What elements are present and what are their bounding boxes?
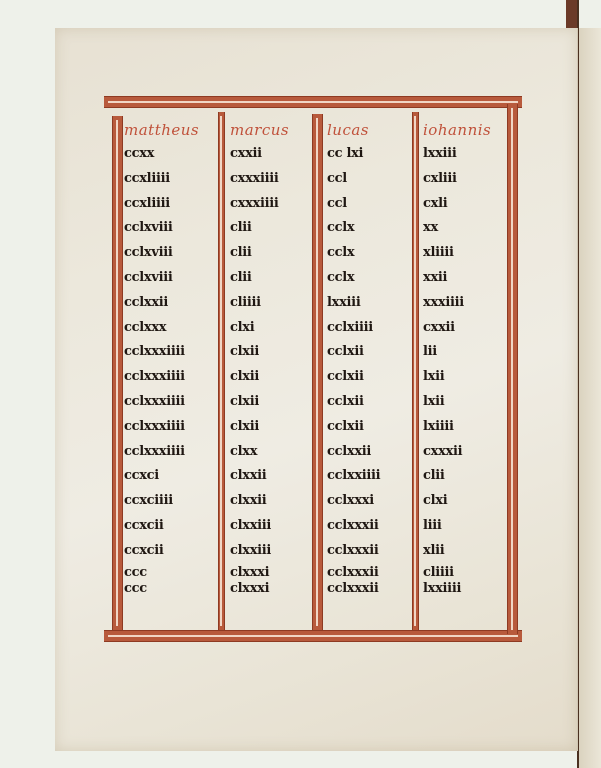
table-cell: clxii <box>230 340 289 365</box>
column-marcus: marcus cxxii cxxxiiii cxxxiiii clii clii… <box>230 118 289 596</box>
table-cell: lxxiii <box>423 142 491 167</box>
table-cell: clii <box>230 241 289 266</box>
table-cell: clxxii <box>230 464 289 489</box>
frame-bottom-bar <box>104 630 522 642</box>
table-cell: ccl <box>327 192 380 217</box>
table-cell: cclxxxii <box>327 514 380 539</box>
table-cell: cclxii <box>327 340 380 365</box>
table-cell: xlii <box>423 539 491 564</box>
frame-top-bar <box>104 96 522 108</box>
next-folio-edge <box>577 28 601 768</box>
table-cell: xliiii <box>423 241 491 266</box>
column-iohannis: iohannis lxxiii cxliii cxli xx xliiii xx… <box>423 118 491 596</box>
table-cell: clxi <box>423 489 491 514</box>
table-cell: clxxiii <box>230 514 289 539</box>
column-header: marcus <box>230 118 289 142</box>
table-cell: clii <box>230 266 289 291</box>
column-divider-1 <box>218 112 225 630</box>
table-cell: lxii <box>423 365 491 390</box>
table-cell: ccxcii <box>124 514 199 539</box>
table-cell: xxii <box>423 266 491 291</box>
table-cell: cc lxi <box>327 142 380 167</box>
table-cell: cclxxiiii <box>327 464 380 489</box>
table-cell: cclx <box>327 266 380 291</box>
table-cell: clxii <box>230 415 289 440</box>
table-cell: cxxxiiii <box>230 167 289 192</box>
table-cell: clxxiii <box>230 539 289 564</box>
table-cell: lxxiii <box>327 291 380 316</box>
table-cell: cclxxxii <box>327 564 380 582</box>
table-cell: clxii <box>230 365 289 390</box>
table-cell: cclx <box>327 241 380 266</box>
table-cell: clii <box>423 464 491 489</box>
table-cell: cclxxxi <box>327 489 380 514</box>
table-cell: lxii <box>423 390 491 415</box>
table-cell: ccxx <box>124 142 199 167</box>
column-header: mattheus <box>124 118 199 142</box>
table-cell: cliiii <box>230 291 289 316</box>
table-cell: clxxxi <box>230 564 289 582</box>
table-cell: xx <box>423 216 491 241</box>
table-cell: clii <box>230 216 289 241</box>
table-cell: cclxviii <box>124 241 199 266</box>
table-cell: lxiiii <box>423 415 491 440</box>
column-header: lucas <box>327 118 380 142</box>
column-lucas: lucas cc lxi ccl ccl cclx cclx cclx lxxi… <box>327 118 380 596</box>
table-cell: cclxxxiiii <box>124 415 199 440</box>
table-cell: cclxiiii <box>327 316 380 341</box>
column-divider-2 <box>312 114 323 630</box>
table-cell: cclxxxiiii <box>124 390 199 415</box>
table-cell: cclxii <box>327 365 380 390</box>
table-cell: clxi <box>230 316 289 341</box>
table-cell: cxxxii <box>423 440 491 465</box>
table-cell: ccxliiii <box>124 167 199 192</box>
table-cell: lii <box>423 340 491 365</box>
table-cell: ccxliiii <box>124 192 199 217</box>
table-cell: ccl <box>327 167 380 192</box>
table-cell: lxxiiii <box>423 582 491 596</box>
table-cell: cxxii <box>230 142 289 167</box>
column-mattheus: mattheus ccxx ccxliiii ccxliiii cclxviii… <box>124 118 199 596</box>
binding-strip <box>566 0 577 28</box>
table-cell: cxxxiiii <box>230 192 289 217</box>
table-cell: ccxciiii <box>124 489 199 514</box>
table-cell: clxxxi <box>230 582 289 596</box>
table-cell: ccc <box>124 582 199 596</box>
table-cell: cclxxxiiii <box>124 440 199 465</box>
frame-right-bar <box>507 104 518 634</box>
column-divider-3 <box>412 112 419 630</box>
table-cell: ccxci <box>124 464 199 489</box>
table-cell: cclxxii <box>327 440 380 465</box>
table-cell: clxxii <box>230 489 289 514</box>
table-cell: cclxii <box>327 390 380 415</box>
table-cell: liii <box>423 514 491 539</box>
table-cell: ccxcii <box>124 539 199 564</box>
column-header: iohannis <box>423 118 491 142</box>
table-cell: cclx <box>327 216 380 241</box>
table-cell: cclxviii <box>124 266 199 291</box>
table-cell: cxli <box>423 192 491 217</box>
table-cell: cxxii <box>423 316 491 341</box>
frame-left-bar <box>112 116 123 630</box>
table-cell: cclxxii <box>124 291 199 316</box>
table-cell: cxliii <box>423 167 491 192</box>
table-cell: cclxxxii <box>327 582 380 596</box>
table-cell: cclxxxiiii <box>124 365 199 390</box>
table-cell: xxxiiii <box>423 291 491 316</box>
table-cell: cclxxxiiii <box>124 340 199 365</box>
table-cell: cliiii <box>423 564 491 582</box>
table-cell: ccc <box>124 564 199 582</box>
table-cell: cclxii <box>327 415 380 440</box>
table-cell: clxx <box>230 440 289 465</box>
table-cell: cclxxx <box>124 316 199 341</box>
table-cell: clxii <box>230 390 289 415</box>
table-cell: cclxxxii <box>327 539 380 564</box>
table-cell: cclxviii <box>124 216 199 241</box>
